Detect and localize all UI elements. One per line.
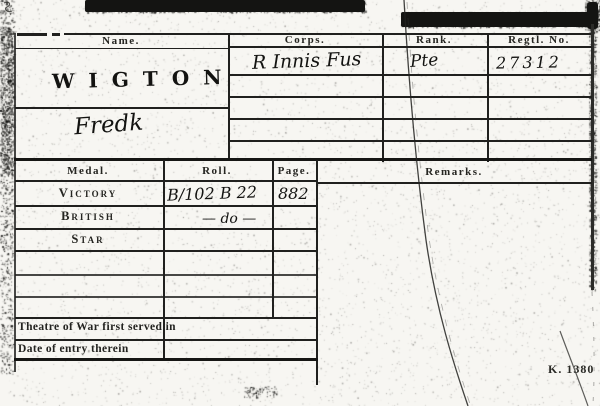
vertical-crease-line [404,0,468,406]
edge-crease-line [592,292,594,404]
corner-crease-line [560,331,588,406]
crease-marks [0,0,600,406]
medal-index-card-scan: Name. Corps. Rank. Regtl. No. WIGTON Fre… [0,0,600,406]
vertical-crease-shadow [407,2,470,404]
corner-pen-scribble [4,2,12,11]
